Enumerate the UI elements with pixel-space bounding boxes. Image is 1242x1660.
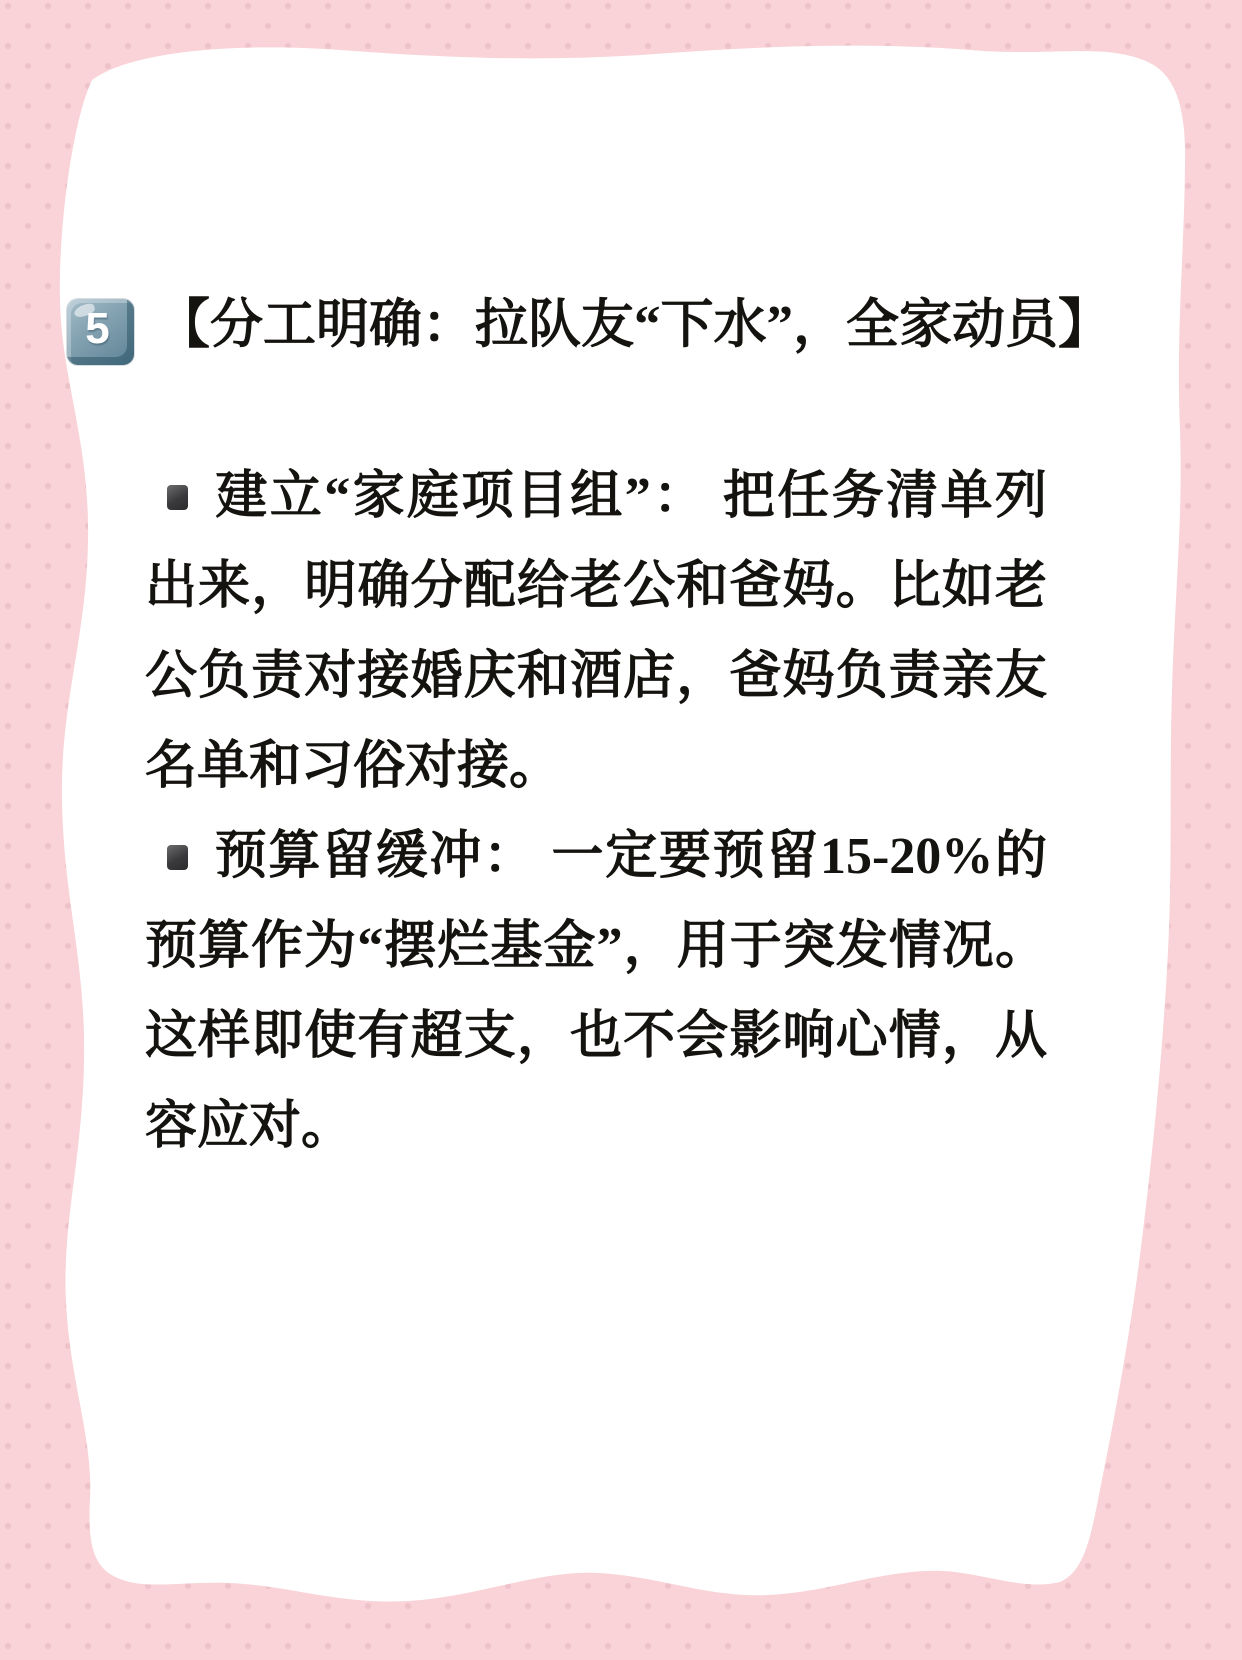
badge-number: 5	[67, 299, 128, 359]
keycap-5-icon: 5	[67, 299, 134, 365]
bullet-list: 建立“家庭项目组”： 把任务清单列出来，明确分配给老公和爸妈。比如老公负责对接婚…	[145, 452, 1047, 1172]
square-bullet-icon	[167, 485, 188, 510]
square-bullet-icon	[167, 845, 188, 870]
section-heading: 【分工明确：拉队友“下水”，全家动员】	[157, 288, 1147, 362]
bullet-text: 建立“家庭项目组”： 把任务清单列出来，明确分配给老公和爸妈。比如老公负责对接婚…	[145, 468, 1047, 795]
bullet-item: 建立“家庭项目组”： 把任务清单列出来，明确分配给老公和爸妈。比如老公负责对接婚…	[145, 452, 1047, 812]
page-background: 5 【分工明确：拉队友“下水”，全家动员】 建立“家庭项目组”： 把任务清单列出…	[0, 0, 1242, 1660]
bullet-item: 预算留缓冲： 一定要预留15-20%的预算作为“摆烂基金”，用于突发情况。这样即…	[145, 812, 1047, 1172]
bullet-text: 预算留缓冲： 一定要预留15-20%的预算作为“摆烂基金”，用于突发情况。这样即…	[145, 828, 1047, 1155]
